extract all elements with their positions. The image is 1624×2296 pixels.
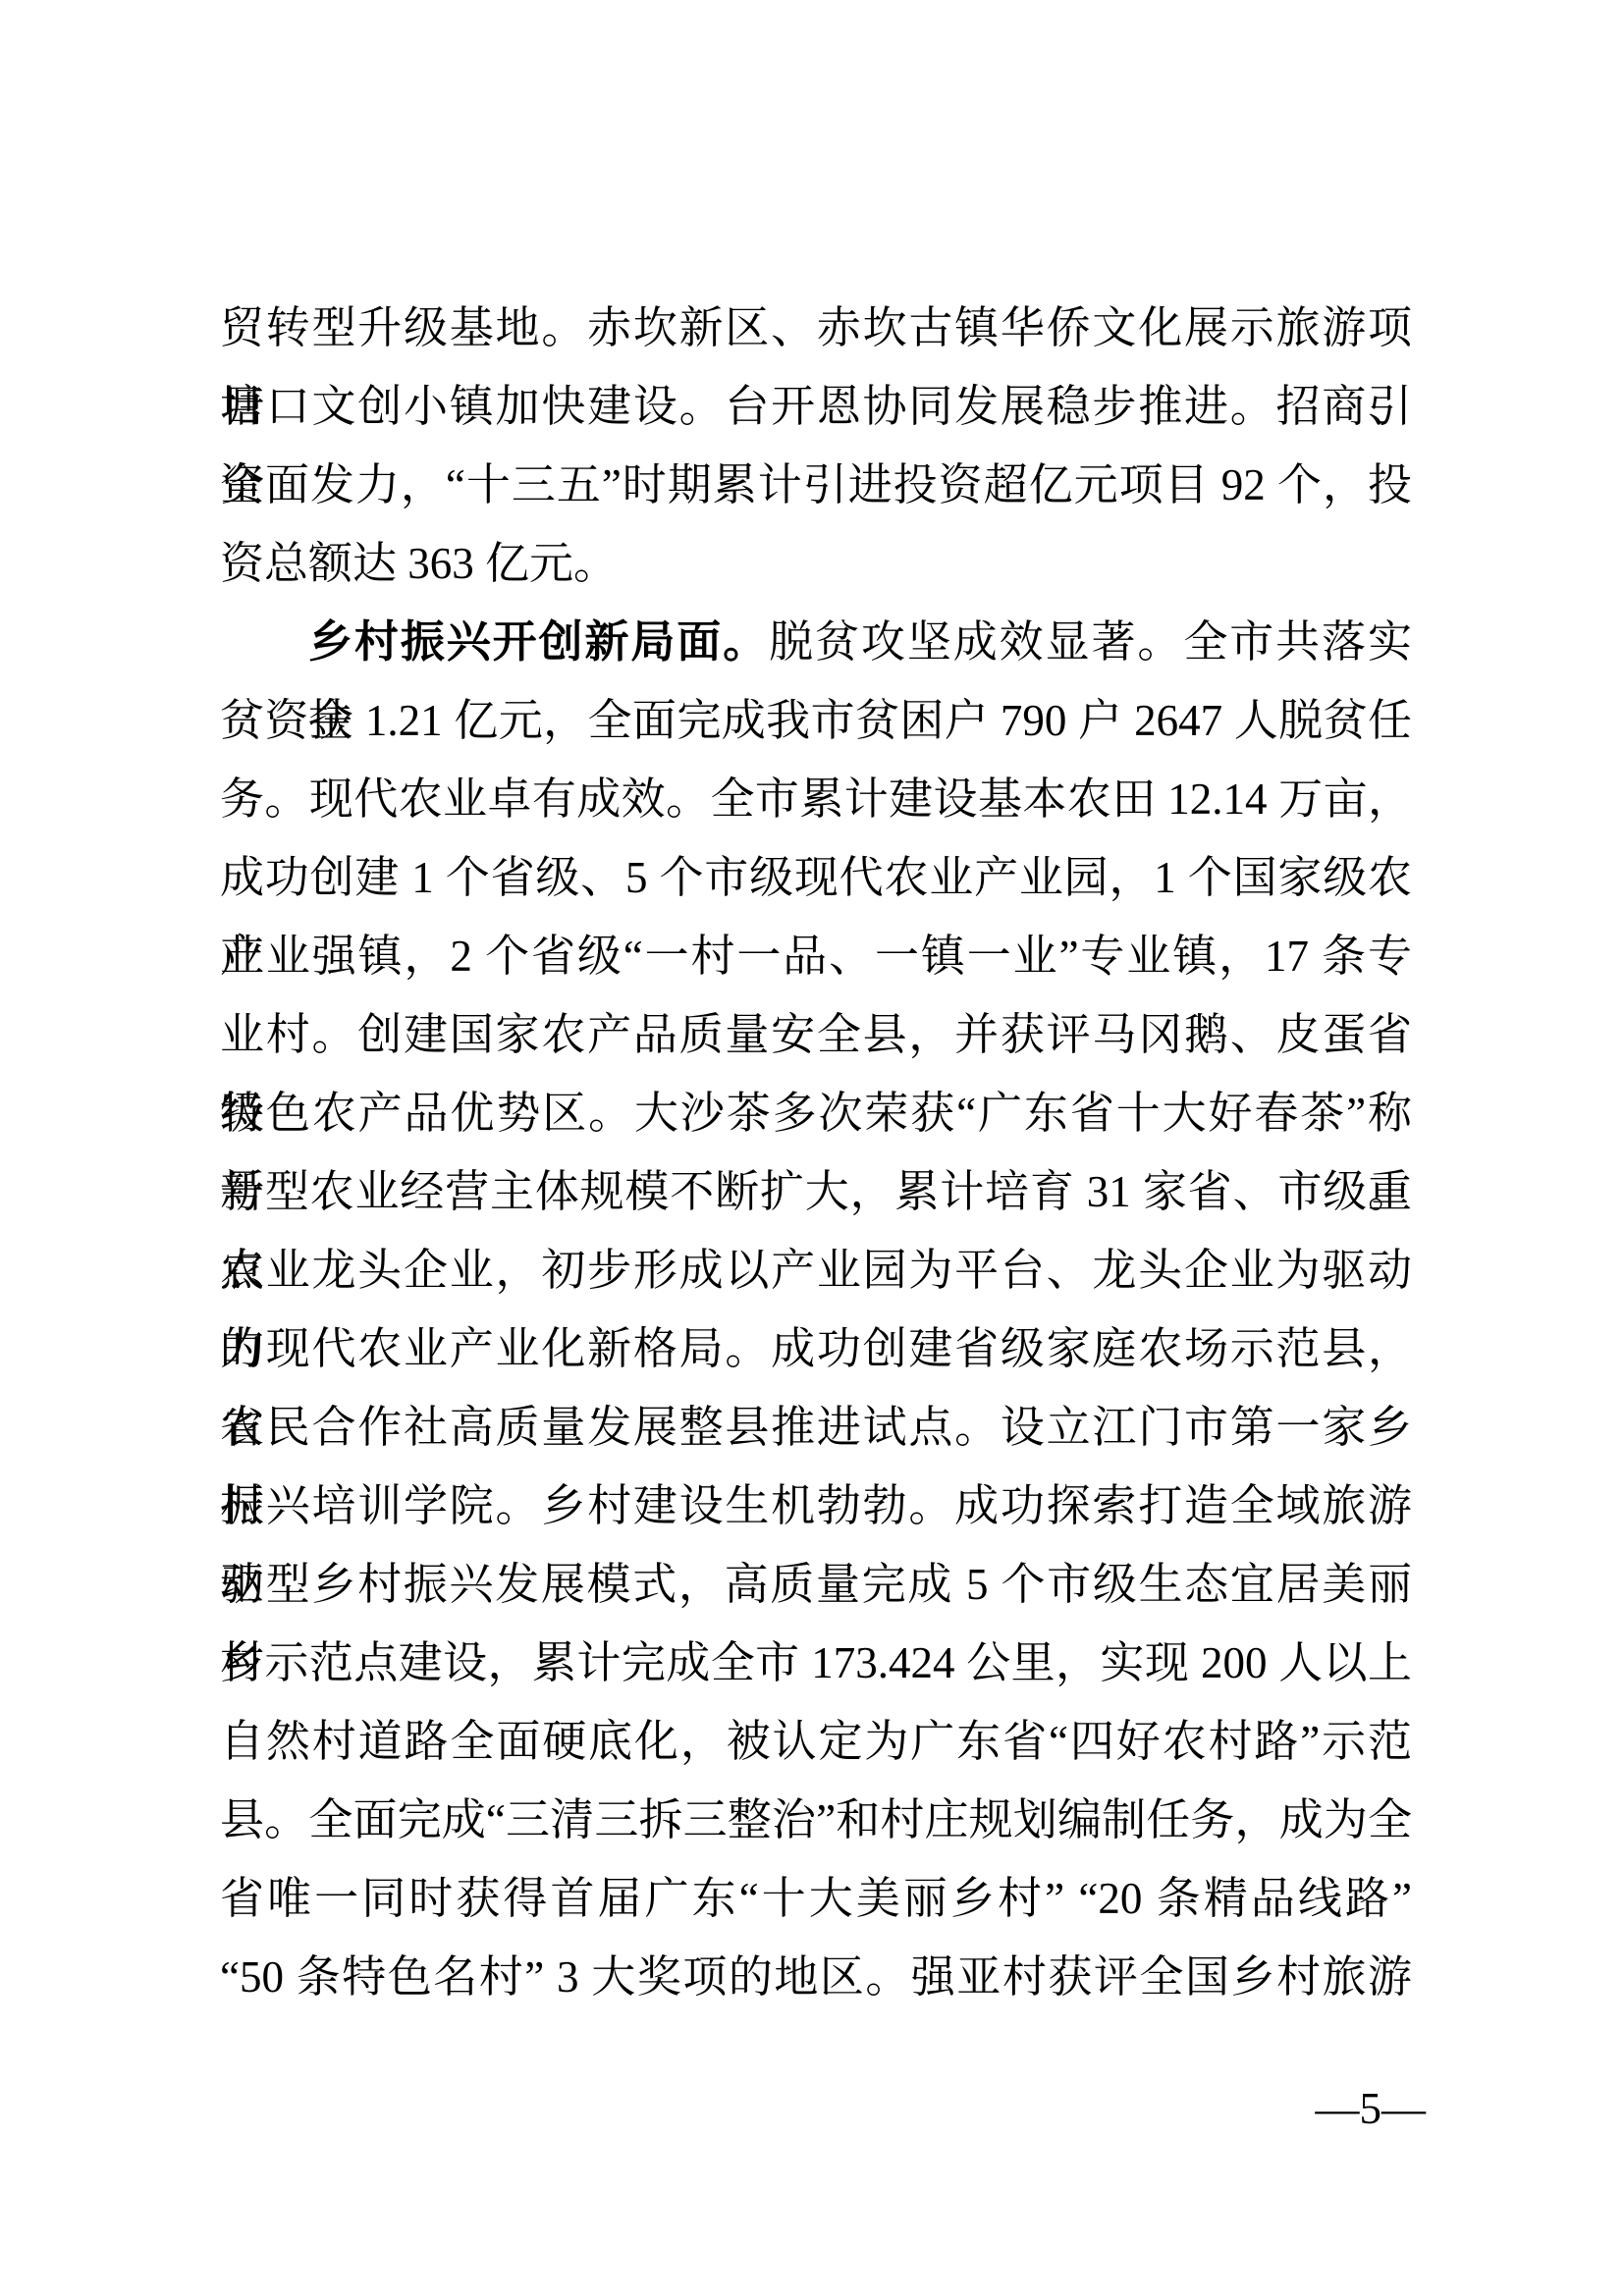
text-line: 塘口文创小镇加快建设。台开恩协同发展稳步推进。招商引资 [220,367,1412,446]
text-segment: “50 条特色名村” 3 大奖项的地区。强亚村获评全国乡村旅游 [220,1952,1412,2002]
text-segment: 自然村道路全面硬底化，被认定为广东省“四好农村路”示范 [220,1717,1412,1766]
text-line: 贸转型升级基地。赤坎新区、赤坎古镇华侨文化展示旅游项目、 [220,289,1412,367]
text-line: 资总额达 363 亿元。 [220,524,1412,603]
text-segment: 省唯一同时获得首届广东“十大美丽乡村” “20 条精品线路” [220,1874,1412,1923]
text-line: 动型乡村振兴发展模式，高质量完成 5 个市级生态宜居美丽乡 [220,1545,1412,1624]
text-segment: 县。全面完成“三清三拆三整治”和村庄规划编制任务，成为全 [220,1795,1412,1844]
text-line: 新型农业经营主体规模不断扩大，累计培育 31 家省、市级重点 [220,1152,1412,1231]
text-line: 自然村道路全面硬底化，被认定为广东省“四好农村路”示范 [220,1702,1412,1781]
text-line: 的现代农业产业化新格局。成功创建省级家庭农场示范县，省 [220,1309,1412,1388]
text-line: 振兴培训学院。乡村建设生机勃勃。成功探索打造全域旅游驱 [220,1467,1412,1545]
text-line: 业村。创建国家农产品质量安全县，并获评马冈鹅、皮蛋省级 [220,995,1412,1074]
page-number: —5— [1316,2079,1427,2138]
text-line: 务。现代农业卓有成效。全市累计建设基本农田 12.14 万亩， [220,760,1412,838]
text-line: 特色农产品优势区。大沙茶多次荣获“广东省十大好春茶”称号。 [220,1074,1412,1152]
text-line: “50 条特色名村” 3 大奖项的地区。强亚村获评全国乡村旅游 [220,1938,1412,2016]
text-line: 村示范点建设，累计完成全市 173.424 公里，实现 200 人以上 [220,1624,1412,1702]
text-segment: 资总额达 363 亿元。 [220,539,618,588]
text-line: 县。全面完成“三清三拆三整治”和村庄规划编制任务，成为全 [220,1781,1412,1859]
document-text: 贸转型升级基地。赤坎新区、赤坎古镇华侨文化展示旅游项目、塘口文创小镇加快建设。台… [220,289,1412,2016]
text-segment: 务。现代农业卓有成效。全市累计建设基本农田 12.14 万亩， [220,774,1412,824]
text-line: 产业强镇，2 个省级“一村一品、一镇一业”专业镇，17 条专 [220,917,1412,995]
text-line: 成功创建 1 个省级、5 个市级现代农业产业园，1 个国家级农业 [220,838,1412,917]
text-segment: 贫资金 1.21 亿元，全面完成我市贫困户 790 户 2647 人脱贫任 [220,696,1412,745]
text-segment: 全面发力，“十三五”时期累计引进投资超亿元项目 92 个，投 [220,460,1412,509]
text-segment: 村示范点建设，累计完成全市 173.424 公里，实现 200 人以上 [220,1638,1412,1687]
text-line: 全面发力，“十三五”时期累计引进投资超亿元项目 92 个，投 [220,446,1412,524]
text-line: 乡村振兴开创新局面。脱贫攻坚成效显著。全市共落实扶 [220,603,1412,681]
paragraph-lead-bold: 乡村振兴开创新局面。 [308,616,769,667]
text-line: 贫资金 1.21 亿元，全面完成我市贫困户 790 户 2647 人脱贫任 [220,681,1412,760]
document-page: 贸转型升级基地。赤坎新区、赤坎古镇华侨文化展示旅游项目、塘口文创小镇加快建设。台… [0,0,1624,2296]
text-line: 省唯一同时获得首届广东“十大美丽乡村” “20 条精品线路” [220,1859,1412,1938]
text-line: 农民合作社高质量发展整县推进试点。设立江门市第一家乡村 [220,1388,1412,1467]
text-line: 农业龙头企业，初步形成以产业园为平台、龙头企业为驱动力 [220,1231,1412,1309]
text-segment: 产业强镇，2 个省级“一村一品、一镇一业”专业镇，17 条专 [220,932,1412,981]
